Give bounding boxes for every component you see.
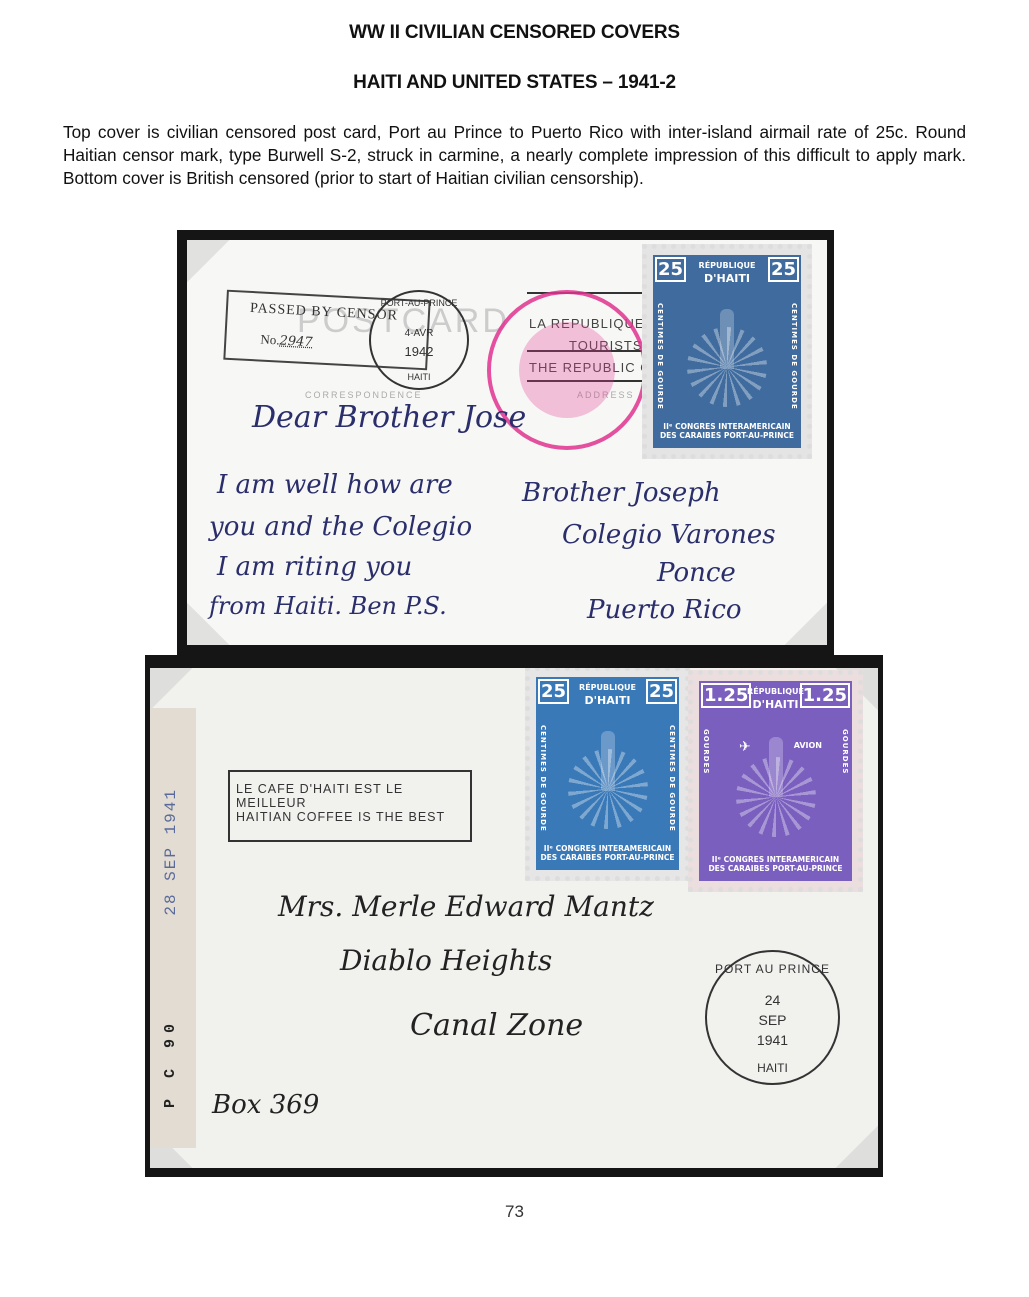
description-paragraph: Top cover is civilian censored post card… bbox=[63, 121, 966, 190]
address-line: Colegio Varones bbox=[562, 520, 776, 550]
page-number: 73 bbox=[0, 1202, 1029, 1222]
page-subtitle: HAITI AND UNITED STATES – 1941-2 bbox=[0, 72, 1029, 94]
address-line: Brother Joseph bbox=[522, 478, 721, 508]
stamp-25c-blue: 25 25 RÉPUBLIQUE D'HAITI CENTIMES DE GOU… bbox=[642, 244, 812, 459]
censor-date: 28 SEP 1941 bbox=[162, 788, 180, 916]
handwritten-line: I am well how are bbox=[217, 470, 453, 500]
port-au-prince-postmark: PORT-AU-PRINCE 4-AVR 1942 HAITI bbox=[369, 290, 469, 390]
address-line: Ponce bbox=[657, 558, 736, 588]
censor-number: 2947 bbox=[279, 334, 313, 351]
correspondence-label: CORRESPONDENCE bbox=[305, 390, 423, 400]
sunburst-icon bbox=[687, 327, 767, 407]
address-line: Mrs. Merle Edward Mantz bbox=[278, 890, 654, 923]
bottom-cover-envelope: 28 SEP 1941 P C 90 LE CAFE D'HAITI EST L… bbox=[150, 668, 878, 1168]
address-line: Puerto Rico bbox=[587, 595, 742, 625]
mount-corner bbox=[785, 603, 827, 645]
sunburst-icon bbox=[736, 757, 816, 837]
handwritten-greeting: Dear Brother Jose bbox=[252, 400, 526, 435]
mount-corner bbox=[836, 1126, 878, 1168]
sunburst-icon bbox=[568, 749, 648, 829]
handwritten-line: from Haiti. Ben P.S. bbox=[209, 592, 447, 620]
censor-code: P C 90 bbox=[162, 1018, 179, 1108]
mount-corner bbox=[150, 668, 192, 710]
top-cover-postcard: POSTCARD CORRESPONDENCE ADDRESS PASSED B… bbox=[187, 240, 827, 645]
handwritten-line: you and the Colegio bbox=[209, 512, 472, 542]
address-line: Canal Zone bbox=[410, 1008, 583, 1043]
handwritten-line: I am riting you bbox=[217, 552, 412, 582]
coffee-slogan-box: LE CAFE D'HAITI EST LE MEILLEUR HAITIAN … bbox=[228, 770, 472, 842]
address-line: Diablo Heights bbox=[340, 944, 552, 977]
mount-corner bbox=[187, 240, 229, 282]
airplane-icon: ✈ bbox=[739, 739, 751, 755]
address-line: Box 369 bbox=[212, 1090, 319, 1120]
page-title: WW II CIVILIAN CENSORED COVERS bbox=[0, 22, 1029, 44]
censor-tape-strip: 28 SEP 1941 P C 90 bbox=[150, 708, 196, 1148]
stamp-1-25g-purple-airmail: ✈ 1.25 1.25 RÉPUBLIQUE D'HAITI AVION GOU… bbox=[688, 670, 863, 892]
stamp-25c-blue: 25 25 RÉPUBLIQUE D'HAITI CENTIMES DE GOU… bbox=[525, 668, 690, 881]
port-au-prince-postmark: PORT AU PRINCE 24 SEP 1941 HAITI bbox=[705, 950, 840, 1085]
